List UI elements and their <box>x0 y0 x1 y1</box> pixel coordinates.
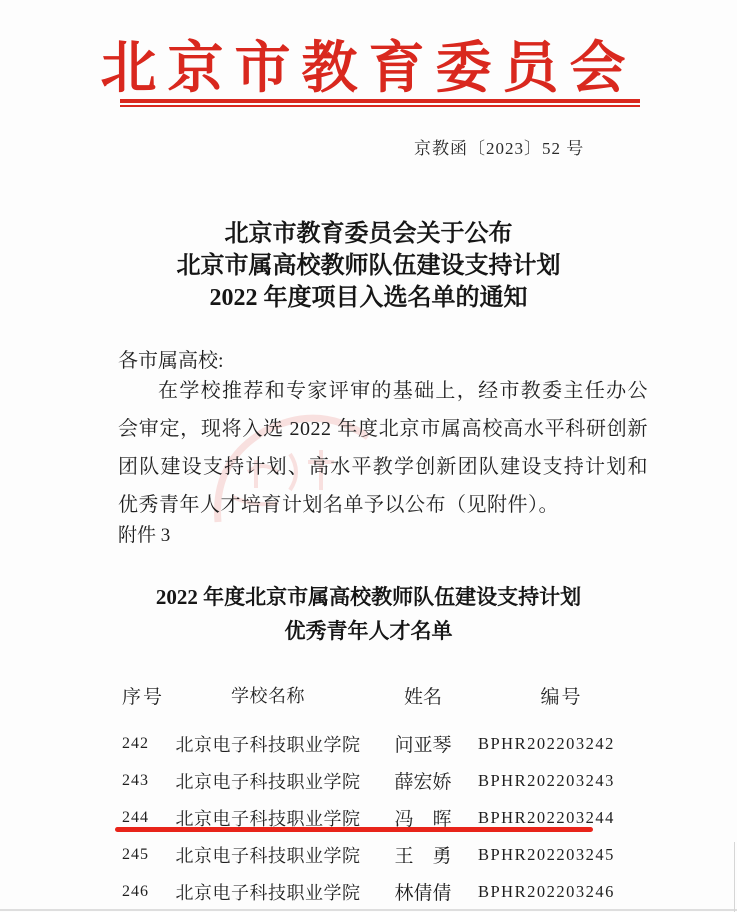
cell-no: 242 <box>118 735 168 753</box>
cell-code: BPHR202203243 <box>478 771 645 791</box>
notice-title: 北京市教育委员会关于公布 北京市属高校教师队伍建设支持计划 2022 年度项目入… <box>0 218 737 314</box>
cell-name: 王 勇 <box>368 841 478 868</box>
page-bottom-edge <box>0 909 737 911</box>
highlight-underline <box>115 827 593 832</box>
roster-title-line-1: 2022 年度北京市属高校教师队伍建设支持计划 <box>0 580 737 614</box>
notice-title-line-1: 北京市教育委员会关于公布 <box>0 218 737 250</box>
cell-name: 薛宏娇 <box>368 767 478 794</box>
cell-name: 林倩倩 <box>368 878 478 905</box>
document-number: 京教函〔2023〕52 号 <box>414 134 584 159</box>
salutation: 各市属高校: <box>118 344 224 373</box>
cell-school: 北京电子科技职业学院 <box>168 768 368 794</box>
attachment-label: 附件 3 <box>118 520 170 547</box>
table-row: 242 北京电子科技职业学院 问亚琴 BPHR202203242 <box>118 725 645 762</box>
cell-code: BPHR202203244 <box>478 808 645 828</box>
page-right-edge <box>734 842 735 912</box>
roster-table: 序号 学校名称 姓名 编号 242 北京电子科技职业学院 问亚琴 BPHR202… <box>118 680 645 910</box>
cell-name: 问亚琴 <box>368 730 478 757</box>
letterhead-divider <box>120 99 640 107</box>
cell-school: 北京电子科技职业学院 <box>168 879 368 905</box>
column-header-no: 序号 <box>118 682 168 709</box>
column-header-name: 姓名 <box>368 682 478 709</box>
cell-school: 北京电子科技职业学院 <box>168 731 368 757</box>
roster-title-line-2: 优秀青年人才名单 <box>0 614 737 648</box>
table-header-row: 序号 学校名称 姓名 编号 <box>118 680 645 710</box>
body-paragraph: 在学校推荐和专家评审的基础上，经市教委主任办公会审定，现将入选 2022 年度北… <box>118 372 648 524</box>
cell-no: 245 <box>118 846 168 864</box>
column-header-code: 编号 <box>478 682 645 709</box>
cell-no: 246 <box>118 883 168 901</box>
agency-title: 北京市教育委员会 <box>0 24 737 104</box>
cell-school: 北京电子科技职业学院 <box>168 842 368 868</box>
roster-title: 2022 年度北京市属高校教师队伍建设支持计划 优秀青年人才名单 <box>0 580 737 648</box>
cell-code: BPHR202203246 <box>478 882 645 902</box>
table-row: 245 北京电子科技职业学院 王 勇 BPHR202203245 <box>118 836 645 873</box>
cell-no: 243 <box>118 772 168 790</box>
table-row: 246 北京电子科技职业学院 林倩倩 BPHR202203246 <box>118 873 645 910</box>
notice-title-line-3: 2022 年度项目入选名单的通知 <box>0 282 737 314</box>
cell-no: 244 <box>118 809 168 827</box>
column-header-school: 学校名称 <box>168 682 368 708</box>
document-page: 北京市教育委员会 京教函〔2023〕52 号 北京市教育委员会关于公布 北京市属… <box>0 0 737 912</box>
cell-code: BPHR202203245 <box>478 845 645 865</box>
cell-code: BPHR202203242 <box>478 734 645 754</box>
table-row: 243 北京电子科技职业学院 薛宏娇 BPHR202203243 <box>118 762 645 799</box>
notice-title-line-2: 北京市属高校教师队伍建设支持计划 <box>0 250 737 282</box>
